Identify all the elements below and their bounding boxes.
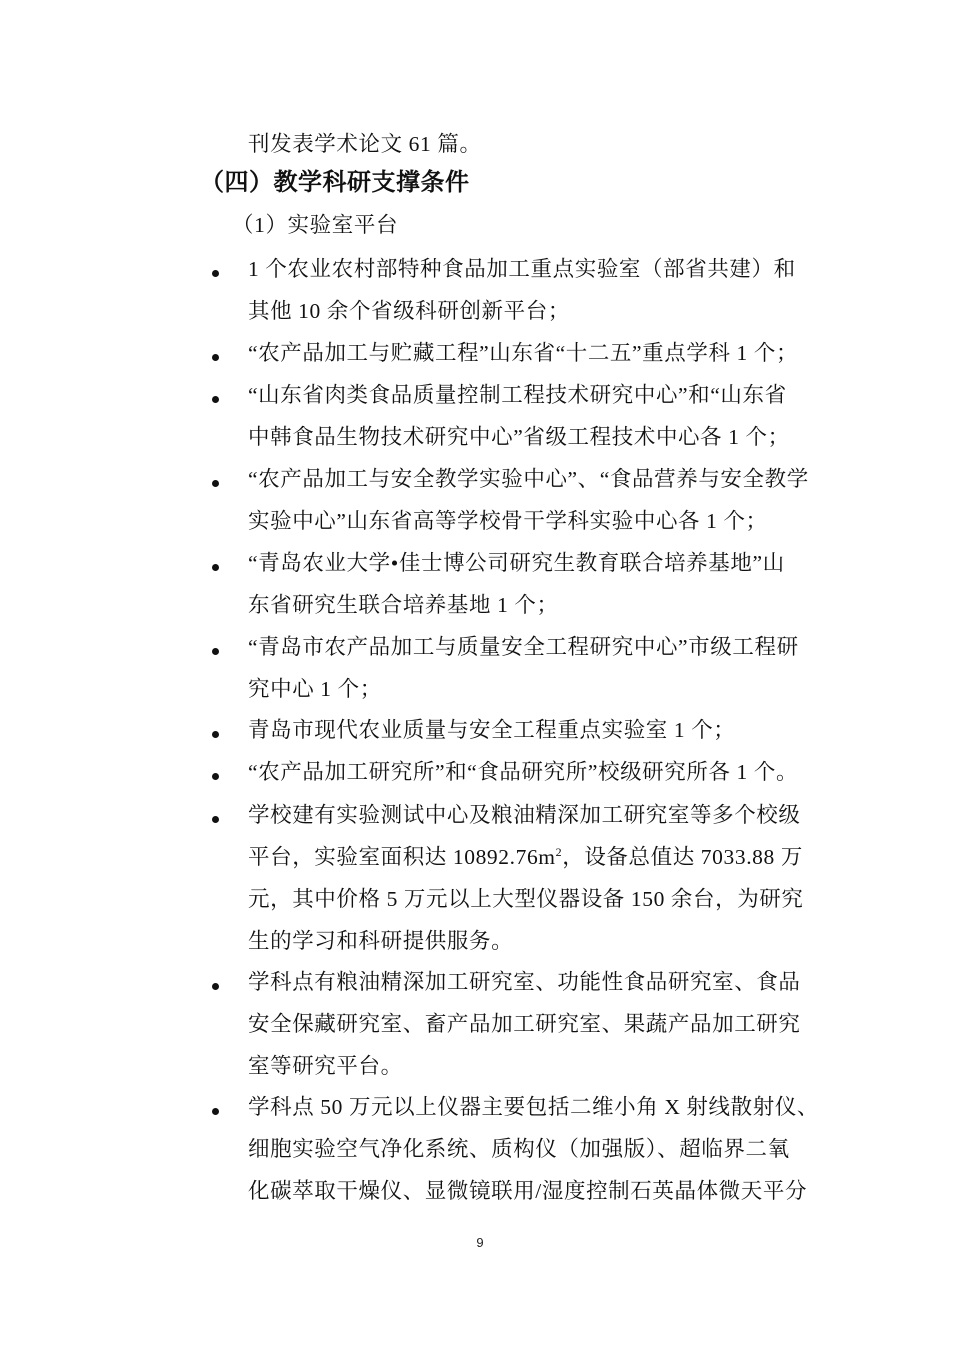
- section-heading: （四）教学科研支撑条件: [200, 167, 470, 197]
- list-item-line: 其他 10 余个省级科研创新平台；: [248, 298, 570, 324]
- list-item-line: “青岛农业大学•佳士博公司研究生教育联合培养基地”山: [248, 550, 785, 576]
- continuation-text: 刊发表学术论文 61 篇。: [248, 131, 482, 157]
- bullet-icon: [212, 983, 219, 990]
- list-item-line: 安全保藏研究室、畜产品加工研究室、果蔬产品加工研究: [248, 1011, 801, 1037]
- list-item-line: 青岛市现代农业质量与安全工程重点实验室 1 个；: [248, 717, 735, 743]
- list-item-line: 1 个农业农村部特种食品加工重点实验室（部省共建）和: [248, 256, 796, 282]
- bullet-icon: [212, 731, 219, 738]
- document-page: 刊发表学术论文 61 篇。 （四）教学科研支撑条件 （1）实验室平台 1 个农业…: [0, 0, 960, 1357]
- list-item-line: “山东省肉类食品质量控制工程技术研究中心”和“山东省: [248, 382, 787, 408]
- list-item-line: 实验中心”山东省高等学校骨干学科实验中心各 1 个；: [248, 508, 768, 534]
- bullet-icon: [212, 648, 219, 655]
- subsection-heading: （1）实验室平台: [232, 212, 398, 238]
- list-item-line: 究中心 1 个；: [248, 676, 382, 702]
- list-item-line: “农产品加工研究所”和“食品研究所”校级研究所各 1 个。: [248, 759, 798, 785]
- list-item-line: “农产品加工与安全教学实验中心”、“食品营养与安全教学: [248, 466, 809, 492]
- list-item-text: 平台，实验室面积达 10892.76m: [248, 845, 556, 869]
- list-item-line: 生的学习和科研提供服务。: [248, 928, 513, 954]
- bullet-icon: [212, 354, 219, 361]
- list-item-line: “青岛市农产品加工与质量安全工程研究中心”市级工程研: [248, 634, 799, 660]
- list-item-line: 学科点 50 万元以上仪器主要包括二维小角 X 射线散射仪、: [248, 1094, 819, 1120]
- list-item-line: 室等研究平台。: [248, 1053, 403, 1079]
- bullet-icon: [212, 396, 219, 403]
- bullet-icon: [212, 270, 219, 277]
- bullet-icon: [212, 1108, 219, 1115]
- list-item-line: 化碳萃取干燥仪、显微镜联用/湿度控制石英晶体微天平分: [248, 1178, 807, 1204]
- list-item-line: “农产品加工与贮藏工程”山东省“十二五”重点学科 1 个；: [248, 340, 798, 366]
- bullet-icon: [212, 480, 219, 487]
- bullet-icon: [212, 564, 219, 571]
- list-item-line: 元，其中价格 5 万元以上大型仪器设备 150 余台，为研究: [248, 886, 804, 912]
- list-item-line: 平台，实验室面积达 10892.76m2，设备总值达 7033.88 万: [248, 844, 803, 870]
- list-item-text: ，设备总值达 7033.88 万: [562, 845, 803, 869]
- bullet-icon: [212, 816, 219, 823]
- page-number: 9: [0, 1235, 960, 1250]
- list-item-line: 细胞实验空气净化系统、质构仪（加强版）、超临界二氧: [248, 1136, 790, 1162]
- list-item-line: 学科点有粮油精深加工研究室、功能性食品研究室、食品: [248, 969, 801, 995]
- list-item-line: 中韩食品生物技术研究中心”省级工程技术中心各 1 个；: [248, 424, 790, 450]
- list-item-line: 东省研究生联合培养基地 1 个；: [248, 592, 559, 618]
- bullet-icon: [212, 773, 219, 780]
- list-item-line: 学校建有实验测试中心及粮油精深加工研究室等多个校级: [248, 802, 801, 828]
